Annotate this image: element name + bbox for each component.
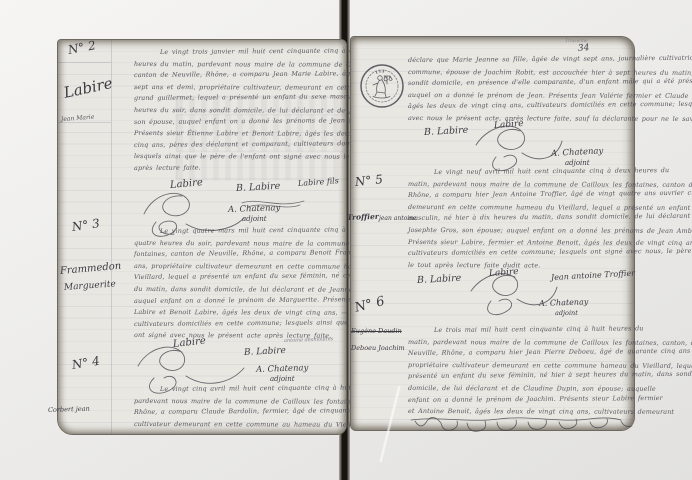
signature: B. Labire [244, 346, 286, 358]
signature: Labire fils [298, 176, 339, 188]
register-line: masculin, né hier à dix heures du matin,… [408, 212, 628, 225]
signature: A. Chatenay [551, 146, 604, 159]
register-line: Neuville, Rhône, a comparu hier Jean Pie… [408, 346, 628, 359]
right-page: Troisième 34 déclare que Marie Jeanne sa… [350, 36, 635, 431]
signature-role: adjoint [270, 375, 295, 383]
entry-5-text: Le vingt neuf avril mil huit cent cinqua… [408, 167, 628, 271]
signature: Labire [494, 119, 524, 131]
entry-number: N° 6 [353, 294, 386, 316]
scanned-register-spread: N° 2 Labire Jean Marie Le vingt trois ja… [0, 0, 692, 480]
signature: B. Labire [424, 125, 469, 138]
margin-surname: Frammedon [60, 261, 122, 277]
register-line: cultivateurs domiciliés en cette commune… [134, 317, 342, 330]
register-line: canton de Neuville, Rhône, a comparu Jea… [134, 69, 342, 82]
register-line: Le vingt trois janvier mil huit cent cin… [160, 46, 342, 59]
register-line: Le vingt quatre mars mil huit cent cinqu… [160, 225, 342, 238]
margin-rule [111, 40, 112, 434]
signature: Labire [489, 267, 519, 279]
entry-number: N° 3 [71, 216, 101, 234]
register-line: enfant on a donné le prénom de Joachim. … [408, 393, 628, 406]
signature: A. Chatenay [539, 297, 589, 308]
register-line: Vieillard, lequel a présenté un enfant d… [134, 271, 342, 284]
page-number: 34 [578, 43, 590, 54]
signature: B. Labire [417, 273, 462, 286]
register-line: Josephte Gros, son épouse; auquel enfant… [408, 225, 628, 237]
entry-2-text: Le vingt trois janvier mil huit cent cin… [134, 47, 342, 175]
register-line: grand guillermet, lequel a présenté un e… [134, 92, 342, 105]
signature: A. Chatenay [256, 363, 309, 375]
margin-surname: Troffier [347, 212, 379, 222]
closing-flourish [409, 415, 624, 431]
entry-number: N° 2 [67, 38, 97, 57]
register-line: auquel enfant on a donné le prénom de Ma… [134, 294, 342, 307]
signature-role: adjoint [242, 215, 267, 223]
margin-surname: Corbert jean [48, 405, 90, 414]
entry-6-text: Le trois mai mil huit cent cinquante cin… [408, 325, 628, 418]
register-line: présenté un enfant du sexe féminin, né h… [408, 370, 628, 383]
register-line: cultivateur demeurant en cette commune a… [134, 419, 342, 431]
register-line: fontaines, canton de Neuville, Rhône, a … [134, 248, 342, 261]
margin-surname: Deboeu Joachim [351, 344, 405, 352]
entry-4-continuation-text: déclare que Marie Jeanne sa fille, âgée … [408, 55, 626, 125]
register-line: âgés les deux de vingt cinq ans, cultiva… [408, 100, 626, 113]
marginal-note: antoine desmoulins [284, 336, 333, 344]
register-line: Rhône, a comparu hier Jean Antoine Troff… [408, 188, 628, 201]
margin-cell-rule [58, 62, 111, 63]
register-line: cultivateurs domiciliés en cette commune… [408, 246, 628, 259]
margin-firstnames: Marguerite [64, 279, 116, 293]
entry-3-text: Le vingt quatre mars mil huit cent cinqu… [134, 226, 342, 342]
register-line: Le trois mai mil huit cent cinquante cin… [434, 323, 628, 336]
official-seal-icon [359, 63, 405, 109]
register-line: sondit domicile, en présence d'elle comp… [408, 76, 626, 89]
register-line: Le vingt neuf avril mil huit cent cinqua… [434, 165, 628, 178]
register-line: Rhône, a comparu Claude Bardolin, fermie… [134, 406, 342, 419]
entry-4-text: Le vingt cinq avril mil huit cent cinqua… [134, 384, 342, 430]
register-line: cinq ans, pères des déclarant et compara… [134, 138, 342, 151]
register-line: déclare que Marie Jeanne sa fille, âgée … [408, 53, 626, 66]
register-line: son épouse, auquel enfant on a donné les… [134, 115, 342, 128]
left-page: N° 2 Labire Jean Marie Le vingt trois ja… [57, 39, 347, 435]
margin-surname-struck: Eugène Daudin [351, 327, 402, 335]
entry-number: N° 5 [354, 172, 383, 189]
register-line: après lecture faite. [134, 161, 342, 174]
signature: A. Chatenay [228, 203, 281, 215]
paper-crease [380, 386, 401, 462]
register-line: Le vingt cinq avril mil huit cent cinqua… [160, 383, 342, 396]
signature: B. Labire [236, 181, 281, 194]
entry-number: N° 4 [71, 354, 101, 372]
margin-surname: Labire [62, 74, 114, 102]
signature-role: adjoint [555, 309, 578, 317]
